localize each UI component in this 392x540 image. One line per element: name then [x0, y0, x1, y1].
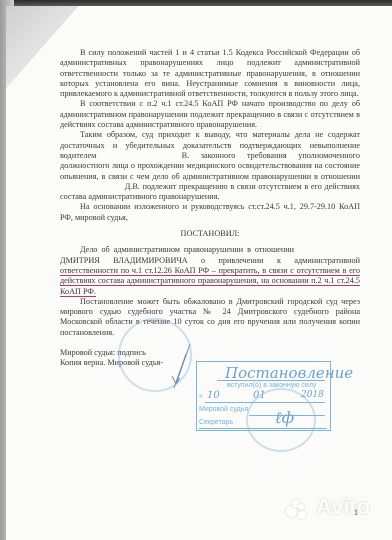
- stamp-printed-line: вступил(о) в законную силу: [227, 382, 316, 389]
- ruling-heading: ПОСТАНОВИЛ:: [60, 229, 360, 239]
- stamp-quote-open: «: [199, 393, 203, 400]
- stamp-day: 10: [207, 390, 220, 401]
- paragraph-ruling: Дело об административном правонарушении …: [60, 245, 360, 296]
- stamp-year: 2018: [301, 390, 324, 400]
- underlined-ruling: ответственности по ч.1 ст.12.26 КоАП РФ …: [60, 266, 360, 297]
- paragraph-article-24-5: В соответствии с п.2 ч.1 ст.24.5 КоАП РФ…: [60, 99, 360, 130]
- page-number: 1: [354, 508, 358, 517]
- document-body: В силу положений частей 1 и 4 статьи 1.5…: [60, 48, 360, 369]
- signature-line-judge: Мировой судья: подпись: [60, 348, 360, 358]
- avito-watermark: Avito: [316, 494, 370, 520]
- stamp-line: [217, 380, 325, 381]
- avito-logo-icon: [286, 500, 316, 520]
- paragraph-appeal: Постановление может быть обжаловано в Дм…: [60, 297, 360, 338]
- stamp-secretary-label: Секретарь: [199, 419, 233, 426]
- stamp-line: [205, 402, 325, 403]
- round-seal-upper: [118, 318, 192, 392]
- paragraph-basis: На основании изложенного и руководствуяс…: [60, 202, 360, 223]
- stamp-line: [199, 428, 327, 429]
- stamp-signature: ℓф: [275, 408, 294, 428]
- paragraph-conclusion: Таким образом, суд приходит к выводу, чт…: [60, 130, 360, 202]
- effective-date-stamp: Постановление вступил(о) в законную силу…: [196, 361, 331, 431]
- paragraph-presumption: В силу положений частей 1 и 4 статьи 1.5…: [60, 48, 360, 99]
- stamp-month: 01: [253, 390, 266, 401]
- stamp-judge-label: Мировой судья: [199, 406, 248, 413]
